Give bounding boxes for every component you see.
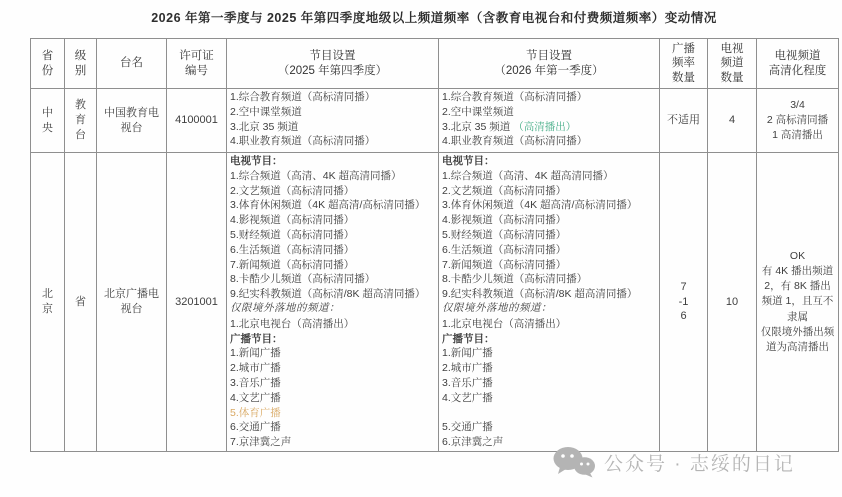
cell-programs-2025q4: 1.综合教育频道（高标清同播）2.空中课堂频道3.北京 35 频道4.职业教育频… bbox=[227, 89, 439, 153]
program-line: 1.北京电视台（高清播出） bbox=[442, 317, 656, 332]
cell-license: 4100001 bbox=[167, 89, 227, 153]
program-line: 1.综合频道（高清、4K 超高清同播） bbox=[442, 169, 656, 184]
table-row: 北 京 省 北京广播电视台 3201001 电视节目：1.综合频道（高清、4K … bbox=[31, 153, 839, 452]
program-line: 4.职业教育频道（高标清同播） bbox=[442, 134, 656, 149]
program-line: 仅限境外落地的频道： bbox=[230, 302, 435, 317]
page-title: 2026 年第一季度与 2025 年第四季度地级以上频道频率（含教育电视台和付费… bbox=[30, 8, 838, 26]
program-line: 7.新闻频道（高标清同播） bbox=[442, 258, 656, 273]
cell-radio-count: 不适用 bbox=[660, 89, 708, 153]
program-line: 5.财经频道（高标清同播） bbox=[442, 228, 656, 243]
program-line: 4.影视频道（高标清同播） bbox=[442, 213, 656, 228]
program-line: 5.交通广播 bbox=[442, 420, 656, 435]
cell-tv-count: 10 bbox=[708, 153, 757, 452]
cell-province: 北 京 bbox=[31, 153, 65, 452]
program-line: 3.北京 35 频道 bbox=[230, 120, 435, 135]
program-line: 3.体育休闲频道（4K 超高清/高标清同播） bbox=[442, 198, 656, 213]
program-line: 3.音乐广播 bbox=[442, 376, 656, 391]
table-header-row: 省 份 级 别 台名 许可证 编号 节目设置 （2025 年第四季度） 节目设置… bbox=[31, 39, 839, 89]
program-line: 8.卡酷少儿频道（高标清同播） bbox=[230, 272, 435, 287]
program-line: 5.财经频道（高标清同播） bbox=[230, 228, 435, 243]
cell-station: 中国教育电视台 bbox=[97, 89, 167, 153]
watermark-text: 公众号 · 志绥的日记 bbox=[604, 449, 795, 476]
hd-broadcast-tag: （高清播出） bbox=[510, 121, 576, 133]
program-line: 广播节目： bbox=[230, 332, 435, 347]
program-line: 4.文艺广播 bbox=[230, 391, 435, 406]
frequency-change-table: 省 份 级 别 台名 许可证 编号 节目设置 （2025 年第四季度） 节目设置… bbox=[30, 38, 839, 452]
header-programs-2025q4: 节目设置 （2025 年第四季度） bbox=[227, 39, 439, 89]
cell-license: 3201001 bbox=[167, 153, 227, 452]
program-line: 2.城市广播 bbox=[442, 361, 656, 376]
program-line: 电视节目： bbox=[230, 154, 435, 169]
program-line: 4.职业教育频道（高标清同播） bbox=[230, 134, 435, 149]
cell-level: 省 bbox=[65, 153, 97, 452]
header-province: 省 份 bbox=[31, 39, 65, 89]
cell-province: 中 央 bbox=[31, 89, 65, 153]
program-line bbox=[442, 406, 656, 421]
table-row: 中 央 教 育 台 中国教育电视台 4100001 1.综合教育频道（高标清同播… bbox=[31, 89, 839, 153]
program-line: 2.空中课堂频道 bbox=[442, 105, 656, 120]
program-line: 1.新闻广播 bbox=[230, 346, 435, 361]
cell-level: 教 育 台 bbox=[65, 89, 97, 153]
cell-programs-2025q4: 电视节目：1.综合频道（高清、4K 超高清同播）2.文艺频道（高标清同播）3.体… bbox=[227, 153, 439, 452]
program-line: 广播节目： bbox=[442, 332, 656, 347]
cell-station: 北京广播电视台 bbox=[97, 153, 167, 452]
program-line: 1.综合教育频道（高标清同播） bbox=[230, 90, 435, 105]
header-level: 级 别 bbox=[65, 39, 97, 89]
program-line: 2.空中课堂频道 bbox=[230, 105, 435, 120]
cell-hd-level: 3/4 2 高标清同播 1 高清播出 bbox=[757, 89, 839, 153]
header-station: 台名 bbox=[97, 39, 167, 89]
program-line: 4.文艺广播 bbox=[442, 391, 656, 406]
cell-programs-2026q1: 1.综合教育频道（高标清同播）2.空中课堂频道3.北京 35 频道 （高清播出）… bbox=[439, 89, 660, 153]
program-line: 9.纪实科教频道（高标清/8K 超高清同播） bbox=[230, 287, 435, 302]
program-line: 7.京津冀之声 bbox=[230, 435, 435, 450]
program-line: 9.纪实科教频道（高标清/8K 超高清同播） bbox=[442, 287, 656, 302]
program-line: 1.综合教育频道（高标清同播） bbox=[442, 90, 656, 105]
document-page: 2026 年第一季度与 2025 年第四季度地级以上频道频率（含教育电视台和付费… bbox=[0, 0, 842, 497]
program-line: 6.交通广播 bbox=[230, 420, 435, 435]
header-tv-count: 电视 频道 数量 bbox=[708, 39, 757, 89]
program-line: 6.生活频道（高标清同播） bbox=[230, 243, 435, 258]
wechat-icon bbox=[552, 446, 596, 478]
program-line: 2.城市广播 bbox=[230, 361, 435, 376]
header-hd-level: 电视频道 高清化程度 bbox=[757, 39, 839, 89]
cell-tv-count: 4 bbox=[708, 89, 757, 153]
program-line: 电视节目： bbox=[442, 154, 656, 169]
header-license: 许可证 编号 bbox=[167, 39, 227, 89]
program-line: 3.北京 35 频道 （高清播出） bbox=[442, 120, 656, 135]
header-radio-count: 广播 频率 数量 bbox=[660, 39, 708, 89]
program-line: 1.北京电视台（高清播出） bbox=[230, 317, 435, 332]
program-line: 1.综合频道（高清、4K 超高清同播） bbox=[230, 169, 435, 184]
header-programs-2026q1: 节目设置 （2026 年第一季度） bbox=[439, 39, 660, 89]
program-line: 7.新闻频道（高标清同播） bbox=[230, 258, 435, 273]
program-line: 5.体育广播 bbox=[230, 406, 435, 421]
program-line: 2.文艺频道（高标清同播） bbox=[442, 184, 656, 199]
cell-radio-count: 7 -1 6 bbox=[660, 153, 708, 452]
program-line: 仅限境外落地的频道： bbox=[442, 302, 656, 317]
program-line: 1.新闻广播 bbox=[442, 346, 656, 361]
program-line: 3.音乐广播 bbox=[230, 376, 435, 391]
cell-programs-2026q1: 电视节目：1.综合频道（高清、4K 超高清同播）2.文艺频道（高标清同播）3.体… bbox=[439, 153, 660, 452]
program-line: 6.生活频道（高标清同播） bbox=[442, 243, 656, 258]
watermark: 公众号 · 志绥的日记 bbox=[552, 446, 795, 478]
program-line: 4.影视频道（高标清同播） bbox=[230, 213, 435, 228]
program-line: 2.文艺频道（高标清同播） bbox=[230, 184, 435, 199]
program-line: 3.体育休闲频道（4K 超高清/高标清同播） bbox=[230, 198, 435, 213]
program-line: 8.卡酷少儿频道（高标清同播） bbox=[442, 272, 656, 287]
cell-hd-level: OK 有 4K 播出频道 2，有 8K 播出频道 1，且互不隶属 仅限境外播出频… bbox=[757, 153, 839, 452]
